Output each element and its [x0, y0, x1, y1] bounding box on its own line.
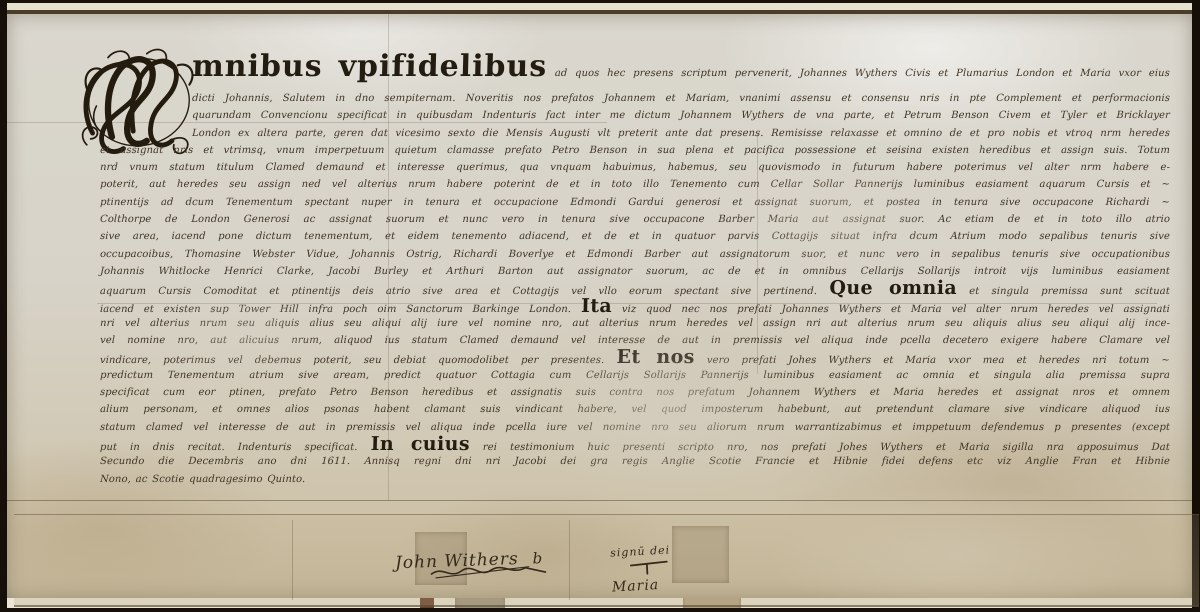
manuscript-line: predictum Tenementum atrium sive aream, …: [100, 367, 1170, 384]
manuscript-line: Colthorpe de London Generosi ac assignat…: [100, 211, 1170, 228]
fold-edge: [14, 605, 1199, 607]
manuscript-text: et singula premissa sunt scituat: [957, 286, 1170, 297]
manuscript-text: rei testimonium huic presenti scripto nr…: [470, 442, 1170, 453]
frame-edge-left: [0, 0, 7, 612]
manuscript-text: Nono, ac Scotie quadragesimo Quinto.: [100, 474, 306, 485]
fold-crease: [14, 514, 1199, 515]
display-word: Et nos: [616, 346, 695, 368]
seal-tag-patch: [672, 526, 729, 583]
manuscript-line: Secundo die Decembris ano dni 1611. Anni…: [100, 453, 1170, 470]
manuscript-text: occupacoibus, Thomasine Webster Vidue, J…: [100, 249, 1170, 260]
maria-name: Maria: [612, 577, 660, 595]
display-word: mnibus vpifidelibus: [192, 49, 548, 84]
manuscript-text: London ex altera parte, geren dat vicesi…: [192, 128, 1170, 139]
manuscript-line: specificat cum eor ptinen, prefato Petro…: [100, 384, 1170, 401]
mark-of-maria: signū dei Maria: [610, 538, 673, 595]
manuscript-text: Secundo die Decembris ano dni 1611. Anni…: [100, 456, 1170, 467]
manuscript-line: nrd vnum statum titulum Clamed demaund e…: [100, 159, 1170, 176]
manuscript-text: aquarum Cursis Comoditat et ptinentijs d…: [100, 286, 830, 297]
manuscript-line: iacend et existen sup Tower Hill infra p…: [100, 298, 1170, 315]
manuscript-text: vel nomine nro, aut alicuius nrum, aliqu…: [100, 335, 1170, 346]
cross-mark-icon: [629, 558, 670, 576]
manuscript-text: viz quod nec nos prefati Johannes Wyther…: [612, 304, 1170, 315]
manuscript-text: nrd vnum statum titulum Clamed demaund e…: [100, 162, 1170, 173]
manuscript-line: vindicare, poterimus vel debemus poterit…: [100, 349, 1170, 366]
manuscript-line: nri vel alterius nrum seu aliquis alius …: [100, 315, 1170, 332]
crease-line: [7, 500, 1192, 501]
manuscript-text: et assignat nris et vtrimsq, vnum imperp…: [100, 145, 1170, 156]
manuscript-text: sive area, iacend pone dictum tenementum…: [100, 231, 1170, 242]
framed-parchment-photo: { "colors":{ "frame":"#1a130b", "mat":"#…: [0, 0, 1200, 612]
manuscript-text: dicti Johannis, Salutem in dno sempitern…: [192, 93, 1170, 104]
manuscript-text: ad quos hec presens scriptum pervenerit,…: [547, 68, 1170, 79]
manuscript-line: London ex altera parte, geren dat vicesi…: [100, 125, 1170, 142]
manuscript-text: Johannis Whitlocke Henrici Clarke, Jacob…: [100, 266, 1170, 277]
manuscript-text: quarundam Convencionu specificat in quib…: [192, 110, 1170, 121]
fold-slit: [292, 520, 293, 600]
display-word: In cuius: [370, 433, 470, 455]
manuscript-text: predictum Tenementum atrium sive aream, …: [100, 370, 1170, 381]
manuscript-line: quarundam Convencionu specificat in quib…: [100, 107, 1170, 124]
manuscript-line: Nono, ac Scotie quadragesimo Quinto.: [100, 471, 1170, 488]
manuscript-line: occupacoibus, Thomasine Webster Vidue, J…: [100, 246, 1170, 263]
manuscript-text: poterit, aut heredes seu assign ned vel …: [100, 179, 1170, 190]
manuscript-text: vero prefati Johes Wythers et Maria vxor…: [695, 355, 1171, 366]
parchment-deed: mnibus vpifidelibus ad quos hec presens …: [7, 14, 1192, 598]
manuscript-text: specificat cum eor ptinen, prefato Petro…: [100, 387, 1170, 398]
manuscript-line: et assignat nris et vtrimsq, vnum imperp…: [100, 142, 1170, 159]
manuscript-line: statum clamed vel interesse de aut in pr…: [100, 419, 1170, 436]
manuscript-line: dicti Johannis, Salutem in dno sempitern…: [100, 90, 1170, 107]
manuscript-text: ptinentijs ad dcum Tenementum spectant n…: [100, 197, 1170, 208]
manuscript-line: put in dnis recitat. Indenturis specific…: [100, 436, 1170, 453]
manuscript-text: statum clamed vel interesse de aut in pr…: [100, 422, 1170, 433]
manuscript-line: mnibus vpifidelibus ad quos hec presens …: [99, 48, 1170, 90]
manuscript-line: alium personam, et omnes alios psonas ha…: [100, 401, 1170, 418]
frame-edge-bottom: [0, 608, 1200, 612]
manuscript-line: aquarum Cursis Comoditat et ptinentijs d…: [100, 280, 1170, 297]
manuscript-line: ptinentijs ad dcum Tenementum spectant n…: [100, 194, 1170, 211]
display-word: Que omnia: [829, 277, 957, 299]
plica-fold: John Withersb signū dei Maria: [14, 514, 1199, 607]
display-word: Ita: [581, 295, 613, 317]
manuscript-text: nri vel alterius nrum seu aliquis alius …: [100, 318, 1170, 329]
manuscript-text: iacend et existen sup Tower Hill infra p…: [100, 304, 581, 315]
signature-flourish: [429, 558, 550, 584]
manuscript-text: vindicare, poterimus vel debemus poterit…: [100, 355, 617, 366]
manuscript-text: put in dnis recitat. Indenturis specific…: [100, 442, 371, 453]
manuscript-line: poterit, aut heredes seu assign ned vel …: [100, 176, 1170, 193]
manuscript-text-block: mnibus vpifidelibus ad quos hec presens …: [100, 48, 1170, 488]
manuscript-text: Colthorpe de London Generosi ac assignat…: [100, 214, 1170, 225]
manuscript-line: Johannis Whitlocke Henrici Clarke, Jacob…: [100, 263, 1170, 280]
maria-mark-caption: signū dei: [610, 543, 671, 559]
manuscript-line: sive area, iacend pone dictum tenementum…: [100, 228, 1170, 245]
manuscript-text: alium personam, et omnes alios psonas ha…: [100, 404, 1170, 415]
